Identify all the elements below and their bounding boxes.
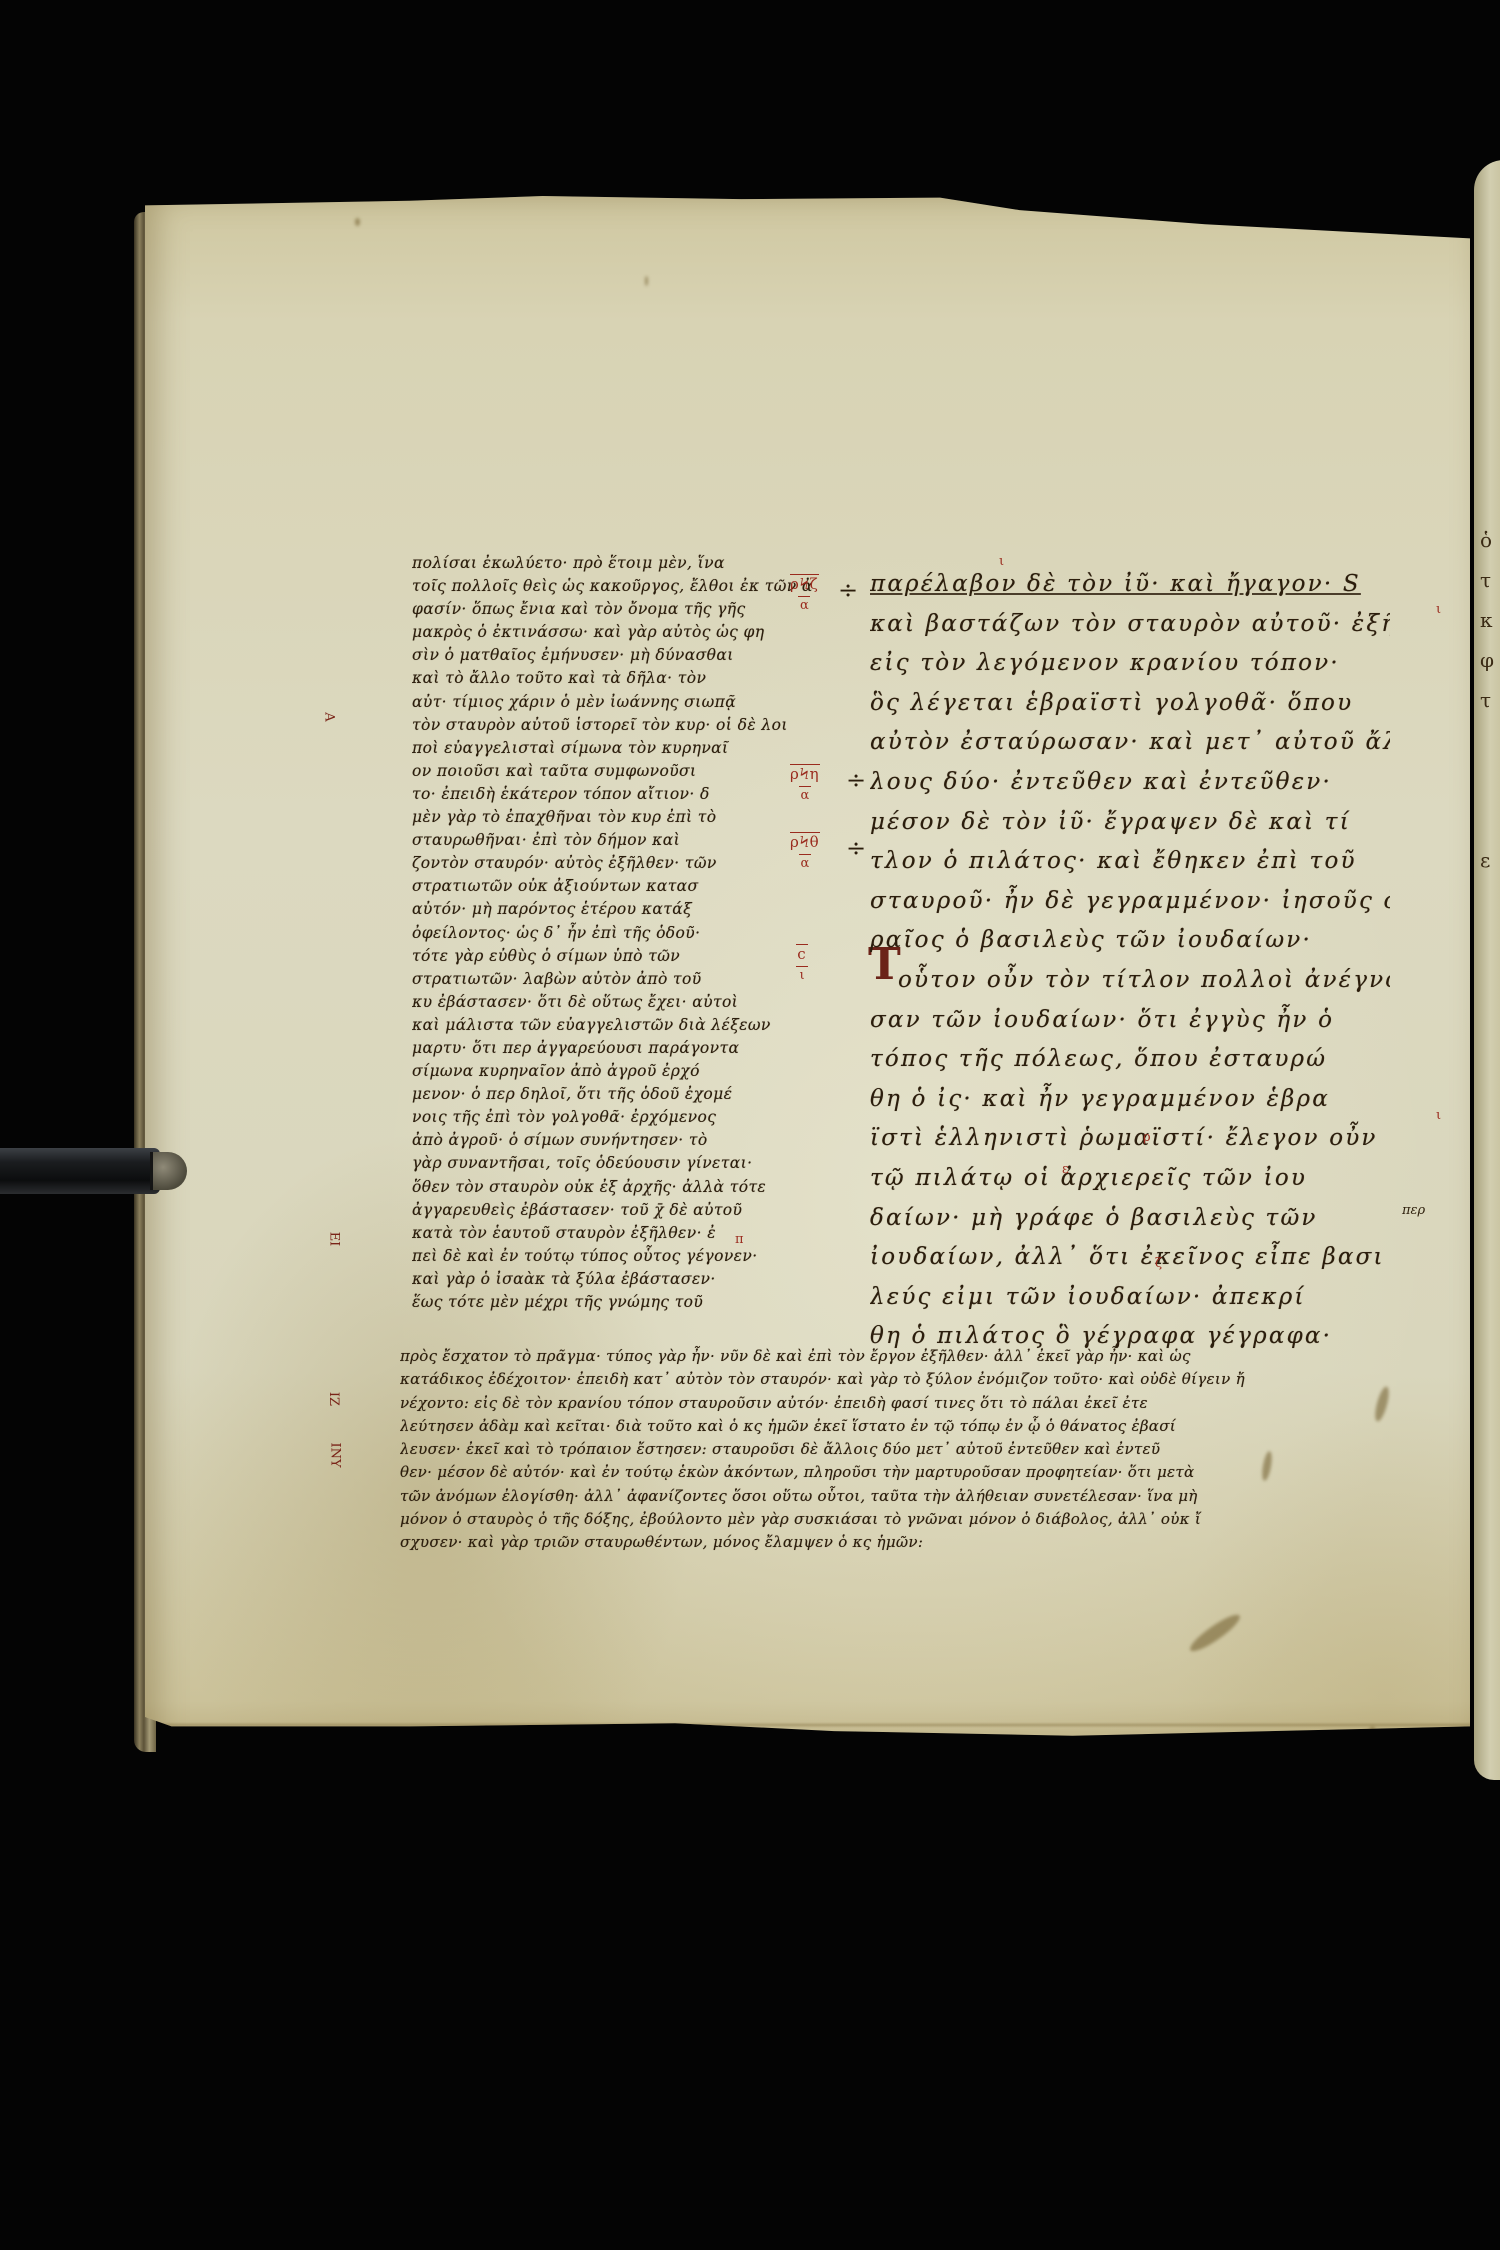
text-line: ἕως τότε μὲν μέχρι τῆς γνώμης τοῦ	[412, 1291, 812, 1314]
text-line: λεύς εἰμι τῶν ἰουδαίων· ἀπεκρί	[870, 1278, 1390, 1318]
text-line: μακρὸς ὁ ἐκτινάσσω· καὶ γὰρ αὐτὸς ὡς φη	[412, 621, 812, 644]
text-line: στρατιωτῶν· λαβὼν αὐτὸν ἀπὸ τοῦ	[412, 968, 812, 991]
right-margin-rubric: ι	[1436, 1108, 1441, 1123]
text-line: τόπος τῆς πόλεως, ὅπου ἐσταυρώ	[870, 1040, 1390, 1080]
text-line: σταυροῦ· ἦν δὲ γεγραμμένον· ἰησοῦς ὁ ναζ…	[870, 882, 1390, 922]
text-line: ποὶ εὐαγγελισταὶ σίμωνα τὸν κυρηναῖ	[412, 737, 812, 760]
inline-rubric: ε	[1062, 1162, 1069, 1177]
inline-rubric: ι	[999, 554, 1004, 569]
parchment-stain	[355, 218, 360, 226]
text-line: καὶ μάλιστα τῶν εὐαγγελιστῶν διὰ λέξεων	[412, 1014, 812, 1037]
text-line: κυ ἐβάστασεν· ὅτι δὲ οὕτως ἔχει· αὐτοὶ	[412, 991, 812, 1014]
text-line: πεὶ δὲ καὶ ἐν τούτῳ τύπος οὗτος γέγονεν·	[412, 1245, 812, 1268]
rubric-section-number: ρϞθ α	[790, 832, 820, 872]
text-line: λεύτησεν ἀδὰμ καὶ κεῖται· διὰ τοῦτο καὶ …	[400, 1415, 1420, 1438]
text-line: κατὰ τὸν ἑαυτοῦ σταυρὸν ἐξῆλθεν· ἐ	[412, 1222, 812, 1245]
text-line: καὶ βαστάζων τὸν σταυρὸν αὐτοῦ· ἐξῆλθεν	[870, 605, 1390, 645]
text-line: σχυσεν· καὶ γὰρ τριῶν σταυρωθέντων, μόνο…	[400, 1531, 1420, 1554]
text-line: τὸν σταυρὸν αὐτοῦ ἱστορεῖ τὸν κυρ· οἱ δὲ…	[412, 714, 812, 737]
text-line: ον ποιοῦσι καὶ ταῦτα συμφωνοῦσι	[412, 760, 812, 783]
facing-folio-text: ὁ τ κ φ τ ε	[1480, 520, 1500, 880]
left-margin-mark: ΕΙ	[326, 1232, 340, 1247]
text-line: σαν τῶν ἰουδαίων· ὅτι ἐγγὺς ἦν ὁ	[870, 1001, 1390, 1041]
obelus-mark: ÷	[838, 578, 858, 602]
text-line: πολίσαι ἐκωλύετο· πρὸ ἕτοιμ μὲν, ἵνα	[412, 552, 812, 575]
text-line: σὶν ὁ ματθαῖος ἐμήνυσεν· μὴ δύνασθαι	[412, 644, 812, 667]
text-line: νέχοντο: εἰς δὲ τὸν κρανίου τόπον σταυρο…	[400, 1392, 1420, 1415]
text-line: θη ὁ ἰς· καὶ ἦν γεγραμμένον ἑβρα	[870, 1080, 1390, 1120]
text-line: φασίν· ὅπως ἔνια καὶ τὸν ὄνομα τῆς γῆς	[412, 598, 812, 621]
text-line: καὶ τὸ ἄλλο τοῦτο καὶ τὰ δῆλα· τὸν	[412, 667, 812, 690]
commentary-block-bottom: πρὸς ἔσχατον τὸ πρᾶγμα· τύπος γὰρ ἦν· νῦ…	[400, 1345, 1420, 1555]
parchment-stain	[330, 1876, 334, 1884]
text-line: κατάδικος ἐδέχοιτον· ἐπειδὴ κατ᾽ αὐτὸν τ…	[400, 1368, 1420, 1391]
page-weight-tip	[150, 1152, 187, 1190]
text-line: ραῖος ὁ βασιλεὺς τῶν ἰουδαίων·	[870, 921, 1390, 961]
facing-folio-edge	[1474, 160, 1500, 1780]
text-line: εἰς τὸν λεγόμενον κρανίου τόπον·	[870, 644, 1390, 684]
inline-rubric: ζ	[1155, 1256, 1162, 1271]
text-line: ϊστὶ ἑλληνιστὶ ῥωμαϊστί· ἔλεγον οὖν	[870, 1119, 1390, 1159]
text-line: τῶν ἀνόμων ἐλογίσθη· ἀλλ᾽ ἀφανίζοντες ὅσ…	[400, 1485, 1420, 1508]
text-line: ἰουδαίων, ἀλλ᾽ ὅτι ἐκεῖνος εἶπε βασι	[870, 1238, 1390, 1278]
parchment-stain	[645, 276, 648, 286]
text-line: μέσον δὲ τὸν ἰῦ· ἔγραψεν δὲ καὶ τί	[870, 803, 1390, 843]
text-line: τότε γὰρ εὐθὺς ὁ σίμων ὑπὸ τῶν	[412, 945, 812, 968]
left-margin-mark: ΙΝΥ	[328, 1442, 342, 1467]
text-line: ὀφείλοντος· ὡς δ᾽ ἦν ἐπὶ τῆς ὁδοῦ·	[412, 922, 812, 945]
inline-rubric: π	[735, 1232, 744, 1247]
obelus-mark: ÷	[846, 836, 866, 860]
text-line: μενον· ὁ περ δηλοῖ, ὅτι τῆς ὁδοῦ ἐχομέ	[412, 1083, 812, 1106]
text-line: σίμωνα κυρηναῖον ἀπὸ ἀγροῦ ἐρχό	[412, 1060, 812, 1083]
viewer-stage: ὁ τ κ φ τ ε πολίσαι ἐκωλύετο· πρὸ ἕτοιμ …	[0, 0, 1500, 2250]
text-line: λους δύο· ἐντεῦθεν καὶ ἐντεῦθεν·	[870, 763, 1390, 803]
text-line: λευσεν· ἐκεῖ καὶ τὸ τρόπαιον ἔστησεν: στ…	[400, 1438, 1420, 1461]
text-line: αὐτ· τίμιος χάριν ὁ μὲν ἰωάννης σιωπᾷ	[412, 691, 812, 714]
right-margin-note: περ	[1402, 1203, 1425, 1218]
commentary-column-left: πολίσαι ἐκωλύετο· πρὸ ἕτοιμ μὲν, ἵνα τοῖ…	[412, 552, 812, 1314]
text-line: αὐτόν· μὴ παρόντος ἑτέρου κατάξ	[412, 898, 812, 921]
text-line: το· ἐπειδὴ ἑκάτερον τόπον αἴτιον· δ	[412, 783, 812, 806]
text-line: σταυρωθῆναι· ἐπὶ τὸν δήμον καὶ	[412, 829, 812, 852]
left-margin-mark: ΙΖ	[326, 1392, 340, 1406]
text-line: ἀγγαρευθεὶς ἐβάστασεν· τοῦ χ̄ δὲ αὐτοῦ	[412, 1199, 812, 1222]
inline-rubric: ρ	[1143, 1130, 1151, 1145]
text-line: τῷ πιλάτῳ οἱ ἀρχιερεῖς τῶν ἰου	[870, 1159, 1390, 1199]
text-line: ὃς λέγεται ἑβραϊστὶ γολγοθᾶ· ὅπου	[870, 684, 1390, 724]
gospel-text-column-right: παρέλαβον δὲ τὸν ἰῦ· καὶ ἤγαγον· S καὶ β…	[870, 565, 1390, 1357]
text-line: ζοντὸν σταυρόν· αὐτὸς ἐξῆλθεν· τῶν	[412, 852, 812, 875]
page-weight-rod	[0, 1148, 160, 1194]
text-line: μὲν γὰρ τὸ ἐπαχθῆναι τὸν κυρ ἐπὶ τὸ	[412, 806, 812, 829]
left-margin-mark: Α	[322, 712, 336, 721]
text-line: γὰρ συναντῆσαι, τοῖς ὁδεύουσιν γίνεται·	[412, 1152, 812, 1175]
text-line: αὐτὸν ἐσταύρωσαν· καὶ μετ᾽ αὐτοῦ ἄλ	[870, 723, 1390, 763]
parchment-stain	[1362, 1725, 1377, 1766]
text-line: οὗτον οὖν τὸν τίτλον πολλοὶ ἀνέγνω	[870, 961, 1390, 1001]
rubric-section-number: ϲ ι	[796, 944, 808, 984]
text-line: πρὸς ἔσχατον τὸ πρᾶγμα· τύπος γὰρ ἦν· νῦ…	[400, 1345, 1420, 1368]
text-line: ἀπὸ ἀγροῦ· ὁ σίμων συνήντησεν· τὸ	[412, 1129, 812, 1152]
text-line: παρέλαβον δὲ τὸν ἰῦ· καὶ ἤγαγον· S	[870, 565, 1390, 605]
text-line: τλον ὁ πιλάτος· καὶ ἔθηκεν ἐπὶ τοῦ	[870, 842, 1390, 882]
text-line: δαίων· μὴ γράφε ὁ βασιλεὺς τῶν	[870, 1199, 1390, 1239]
text-line: καὶ γὰρ ὁ ἰσαὰκ τὰ ξύλα ἐβάστασεν·	[412, 1268, 812, 1291]
parchment-stain	[1186, 1610, 1243, 1656]
obelus-mark: ÷	[846, 768, 866, 792]
right-margin-rubric: ι	[1436, 602, 1441, 617]
text-line: τοῖς πολλοῖς θεὶς ὡς κακοῦργος, ἔλθοι ἐκ…	[412, 575, 812, 598]
rubric-section-number: ρϞζ α	[790, 574, 819, 614]
text-line: μαρτυ· ὅτι περ ἀγγαρεύουσι παράγοντα	[412, 1037, 812, 1060]
text-line: νοις τῆς ἐπὶ τὸν γολγοθᾶ· ἐρχόμενος	[412, 1106, 812, 1129]
text-line: θεν· μέσον δὲ αὐτόν· καὶ ἐν τούτῳ ἑκὼν ἀ…	[400, 1461, 1420, 1484]
text-line: μόνον ὁ σταυρὸς ὁ τῆς δόξης, ἐβούλοντο μ…	[400, 1508, 1420, 1531]
text-line: ὅθεν τὸν σταυρὸν οὐκ ἐξ ἀρχῆς· ἀλλὰ τότε	[412, 1176, 812, 1199]
rubric-section-number: ρϞη α	[790, 764, 820, 804]
text-line: στρατιωτῶν οὐκ ἀξιούντων κατασ	[412, 875, 812, 898]
